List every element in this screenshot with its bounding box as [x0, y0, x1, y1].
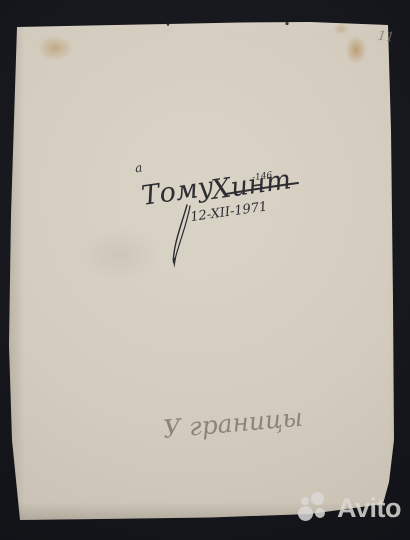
photo-stage: 11 а Тому Хинт -146 12-XII-1971 У границ… — [0, 0, 410, 540]
watermark-text: Avito — [337, 494, 401, 522]
logo-dot — [311, 492, 324, 505]
avito-watermark: Avito — [297, 492, 401, 522]
logo-dot — [315, 508, 325, 518]
logo-dot — [301, 497, 309, 505]
logo-dot — [298, 506, 313, 521]
avito-dots-logo-icon — [297, 492, 335, 522]
paper-sheet — [0, 0, 410, 540]
